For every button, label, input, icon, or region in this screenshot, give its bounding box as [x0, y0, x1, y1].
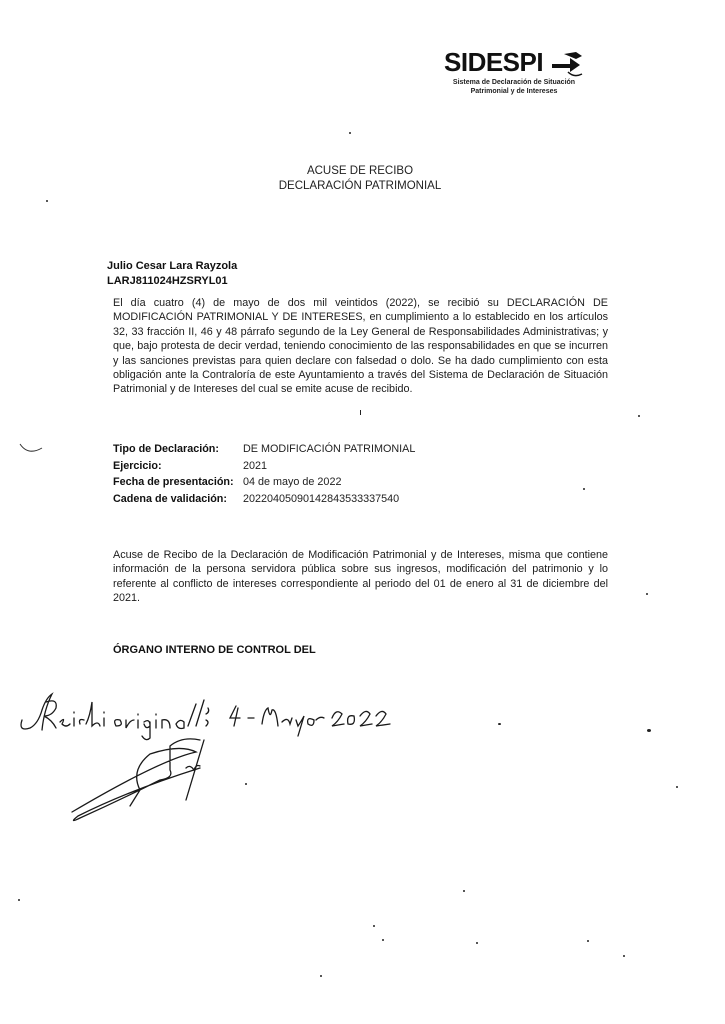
logo-wordmark: SIDESPI — [444, 48, 543, 76]
detail-value: 2021 — [243, 458, 267, 475]
logo-subtitle-line2: Patrimonial y de Intereses — [449, 87, 579, 96]
detail-label: Tipo de Declaración: — [113, 441, 243, 458]
detail-row-tipo: Tipo de Declaración: DE MODIFICACIÓN PAT… — [113, 441, 415, 458]
hole-punch-mark — [16, 440, 46, 460]
detail-label: Ejercicio: — [113, 458, 243, 475]
detail-row-fecha: Fecha de presentación: 04 de mayo de 202… — [113, 474, 415, 491]
scan-artifacts — [0, 0, 725, 1024]
title-line2: DECLARACIÓN PATRIMONIAL — [200, 179, 520, 194]
detail-value: 20220405090142843533337540 — [243, 491, 399, 508]
detail-row-cadena: Cadena de validación: 202204050901428435… — [113, 491, 415, 508]
detail-label: Fecha de presentación: — [113, 474, 243, 491]
logo-subtitle: Sistema de Declaración de Situación Patr… — [449, 78, 579, 96]
detail-row-ejercicio: Ejercicio: 2021 — [113, 458, 415, 475]
declarant-name: Julio Cesar Lara Rayzola — [107, 259, 237, 274]
handwritten-note — [0, 680, 440, 830]
title-line1: ACUSE DE RECIBO — [200, 164, 520, 179]
receipt-paragraph: El día cuatro (4) de mayo de dos mil vei… — [113, 296, 608, 397]
declarant-block: Julio Cesar Lara Rayzola LARJ811024HZSRY… — [107, 259, 237, 289]
declaration-details: Tipo de Declaración: DE MODIFICACIÓN PAT… — [113, 441, 415, 507]
logo-subtitle-line1: Sistema de Declaración de Situación — [449, 78, 579, 87]
detail-label: Cadena de validación: — [113, 491, 243, 508]
sidespi-logo: SIDESPI Sistema de Declaración de Situac… — [444, 48, 594, 110]
summary-paragraph: Acuse de Recibo de la Declaración de Mod… — [113, 548, 608, 606]
detail-value: 04 de mayo de 2022 — [243, 474, 341, 491]
arrow-icon — [550, 50, 586, 80]
declarant-rfc: LARJ811024HZSRYL01 — [107, 274, 237, 289]
organo-interno-heading: ÓRGANO INTERNO DE CONTROL DEL — [113, 644, 316, 656]
document-title: ACUSE DE RECIBO DECLARACIÓN PATRIMONIAL — [200, 164, 520, 194]
detail-value: DE MODIFICACIÓN PATRIMONIAL — [243, 441, 415, 458]
